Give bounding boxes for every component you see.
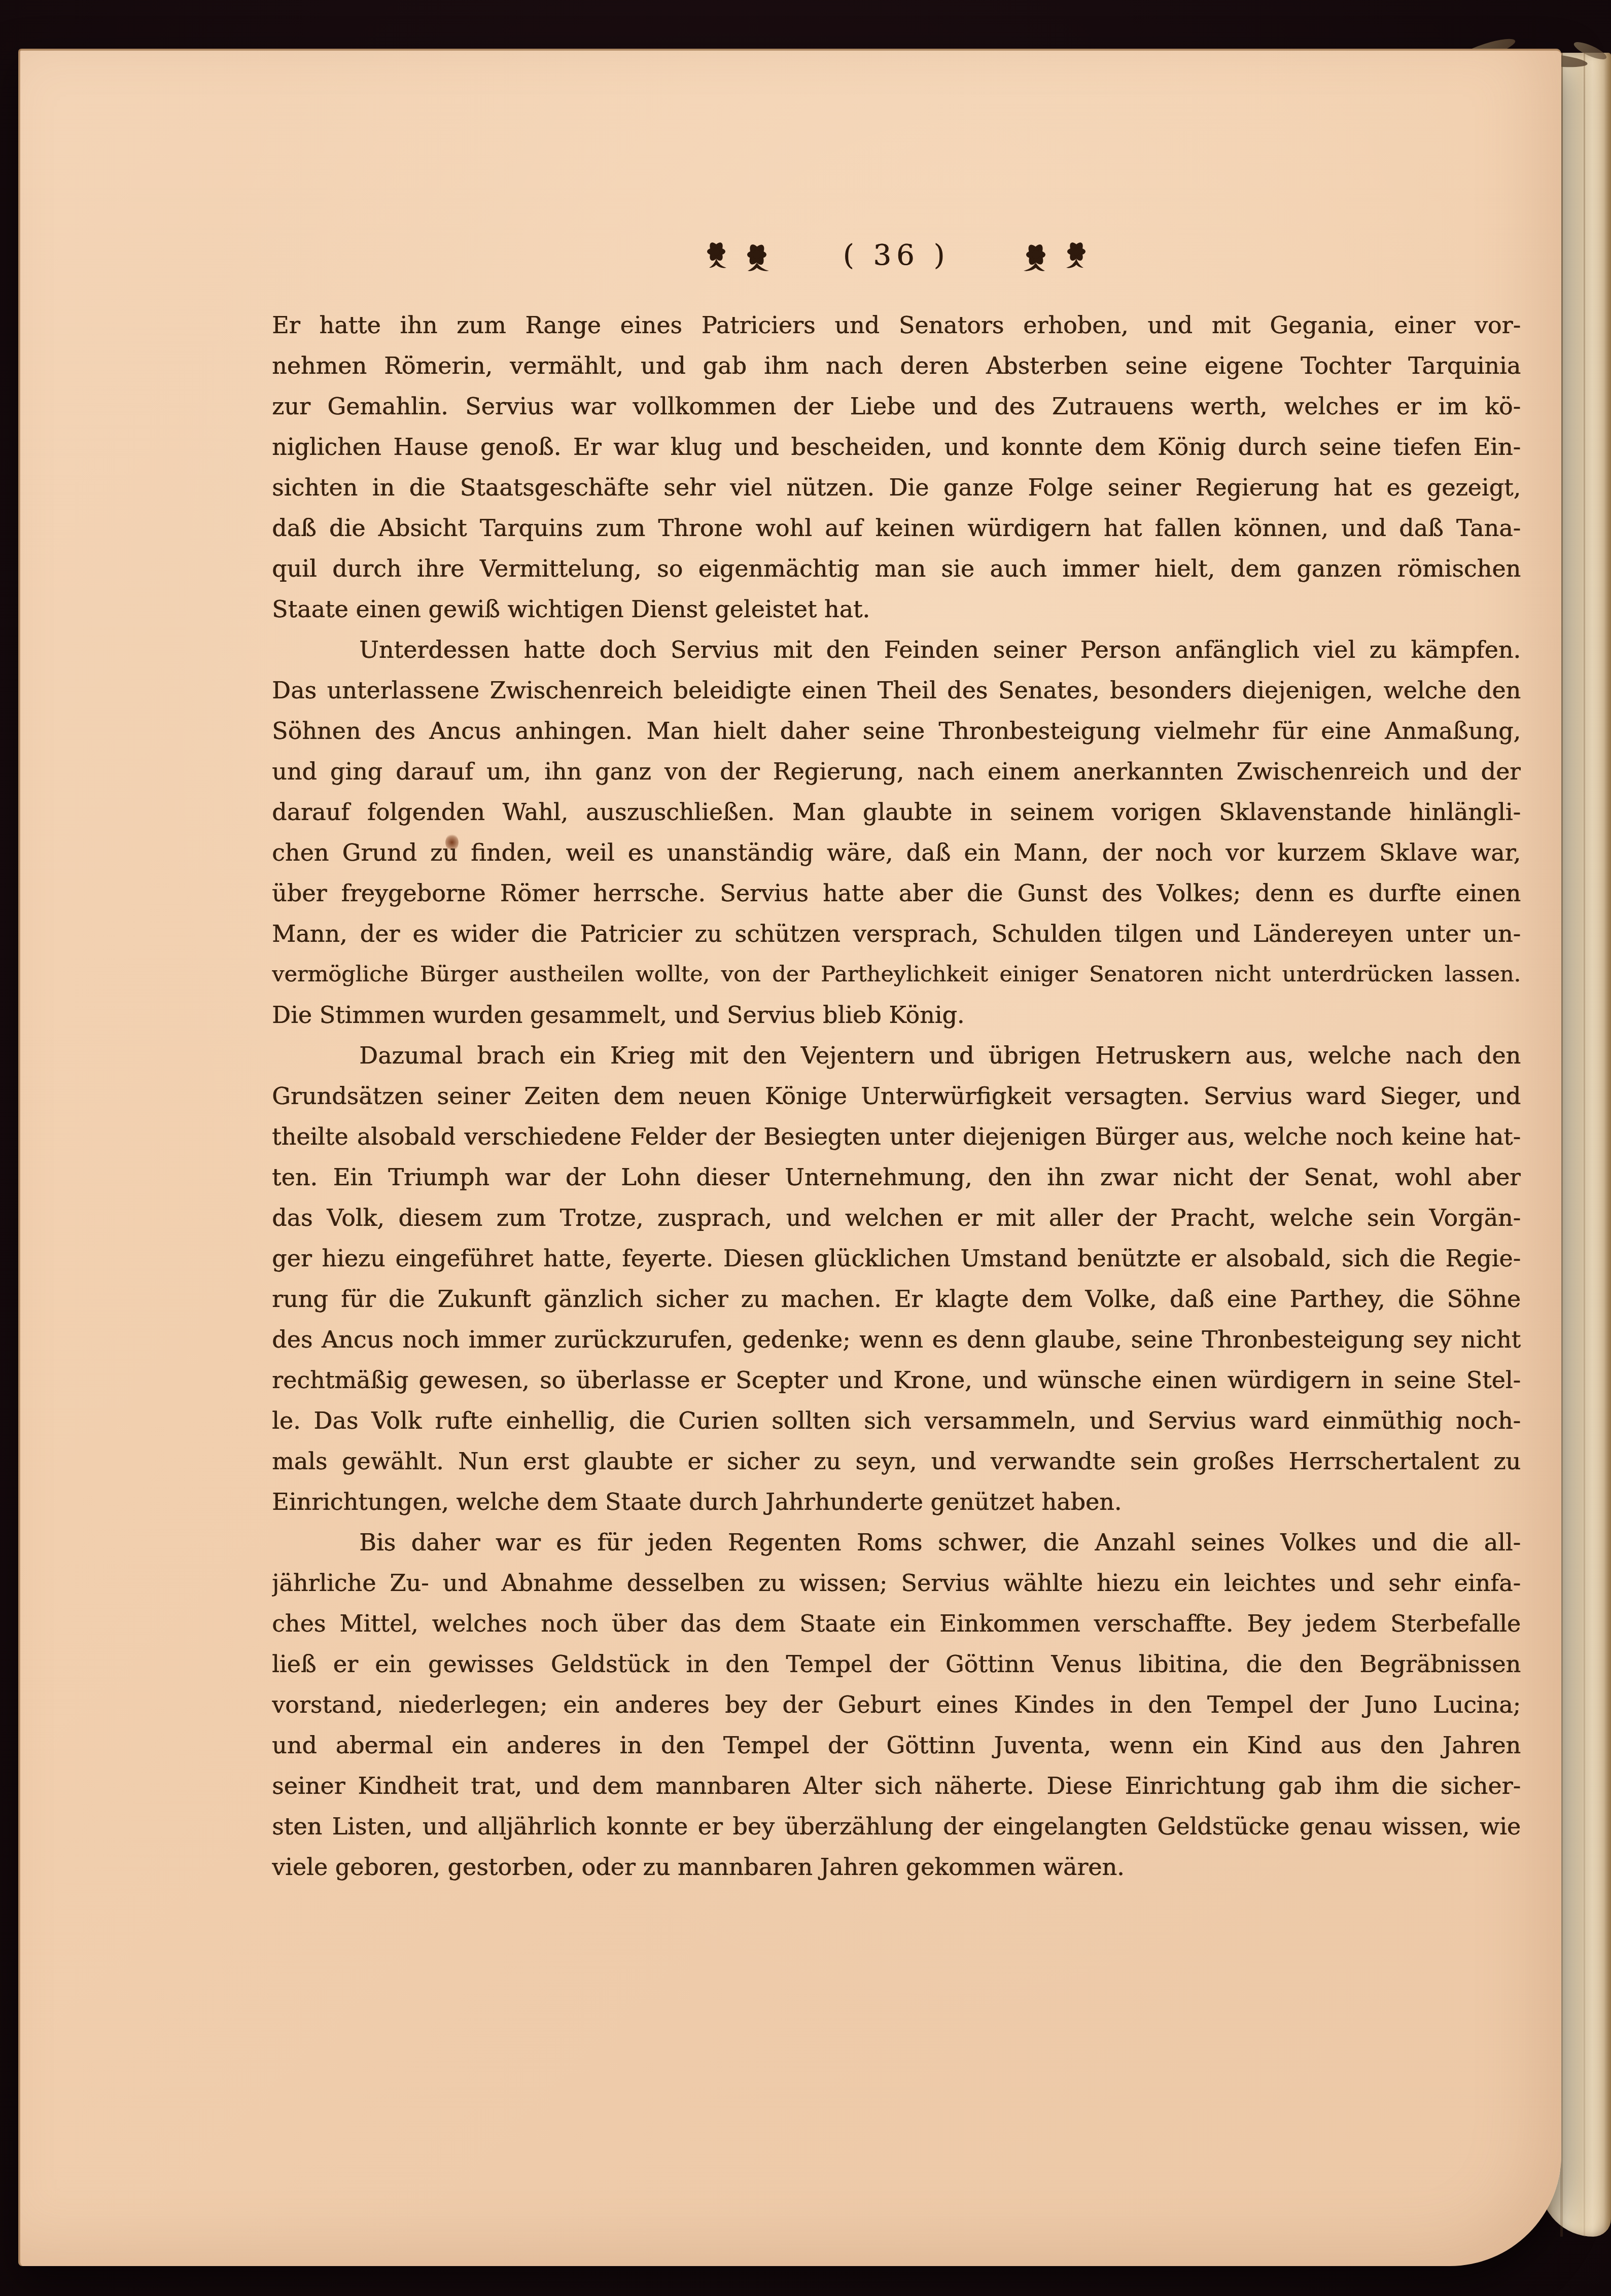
text-line: daß die Absicht Tarquins zum Throne wohl…: [272, 508, 1521, 548]
text-line: und abermal ein anderes in den Tempel de…: [272, 1725, 1521, 1765]
text-line: theilte alsobald verschiedene Felder der…: [272, 1116, 1521, 1157]
text-line: sten Listen, und alljährlich konnte er b…: [272, 1806, 1521, 1847]
text-line: niglichen Hause genoß. Er war klug und b…: [272, 427, 1521, 467]
text-line: sichten in die Staatsgeschäfte sehr viel…: [272, 467, 1521, 508]
text-line: mals gewählt. Nun erst glaubte er sicher…: [272, 1441, 1521, 1481]
text-line: des Ancus noch immer zurückzurufen, gede…: [272, 1319, 1521, 1360]
book-page: ( 36 ): [18, 49, 1561, 2266]
text-line: chen Grund zu finden, weil es unanständi…: [272, 832, 1521, 873]
text-line: Mann, der es wider die Patricier zu schü…: [272, 913, 1521, 954]
page-number: ( 36 ): [843, 239, 950, 272]
page-header: ( 36 ): [272, 227, 1521, 283]
text-line: le. Das Volk rufte einhellig, die Curien…: [272, 1400, 1521, 1441]
text-line: quil durch ihre Vermittelung, so eigenmä…: [272, 548, 1521, 589]
text-line: Die Stimmen wurden gesammelt, und Serviu…: [272, 995, 1521, 1035]
text-line: Er hatte ihn zum Range eines Patriciers …: [272, 305, 1521, 345]
text-line: zur Gemahlin. Servius war vollkommen der…: [272, 386, 1521, 427]
text-line: Dazumal brach ein Krieg mit den Vejenter…: [272, 1035, 1521, 1076]
text-line: Das unterlassene Zwischenreich beleidigt…: [272, 670, 1521, 711]
book-photo: ( 36 ): [0, 0, 1611, 2296]
text-line: ließ er ein gewisses Geldstück in den Te…: [272, 1644, 1521, 1684]
text-line: Söhnen des Ancus anhingen. Man hielt dah…: [272, 711, 1521, 751]
text-line: rechtmäßig gewesen, so überlasse er Scep…: [272, 1360, 1521, 1400]
page-edge-seam: [1584, 53, 1585, 2237]
text-line: und ging darauf um, ihn ganz von der Reg…: [272, 751, 1521, 792]
text-line: Unterdessen hatte doch Servius mit den F…: [272, 629, 1521, 670]
text-line: seiner Kindheit trat, und dem mannbaren …: [272, 1765, 1521, 1806]
text-line: ches Mittel, welches noch über das dem S…: [272, 1603, 1521, 1644]
text-line: ten. Ein Triumph war der Lohn dieser Unt…: [272, 1157, 1521, 1197]
text-line: jährliche Zu- und Abnahme desselben zu w…: [272, 1563, 1521, 1603]
text-line: vermögliche Bürger austheilen wollte, vo…: [272, 954, 1521, 995]
text-line: ger hiezu eingeführet hatte, feyerte. Di…: [272, 1238, 1521, 1279]
text-line: Einrichtungen, welche dem Staate durch J…: [272, 1481, 1521, 1522]
text-line: Staate einen gewiß wichtigen Dienst gele…: [272, 589, 1521, 629]
text-block: Er hatte ihn zum Range eines Patriciers …: [272, 305, 1521, 1887]
text-line: darauf folgenden Wahl, auszuschließen. M…: [272, 792, 1521, 832]
printers-ornament-icon: [1005, 236, 1092, 274]
text-line: über freygeborne Römer herrsche. Servius…: [272, 873, 1521, 913]
text-line: vorstand, niederlegen; ein anderes bey d…: [272, 1684, 1521, 1725]
text-line: viele geboren, gestorben, oder zu mannba…: [272, 1847, 1521, 1887]
text-line: rung für die Zukunft gänzlich sicher zu …: [272, 1279, 1521, 1319]
text-line: das Volk, diesem zum Trotze, zusprach, u…: [272, 1197, 1521, 1238]
printers-ornament-icon: [701, 236, 787, 274]
text-line: Grundsätzen seiner Zeiten dem neuen Köni…: [272, 1076, 1521, 1116]
text-line: nehmen Römerin, vermählt, und gab ihm na…: [272, 345, 1521, 386]
text-line: Bis daher war es für jeden Regenten Roms…: [272, 1522, 1521, 1563]
